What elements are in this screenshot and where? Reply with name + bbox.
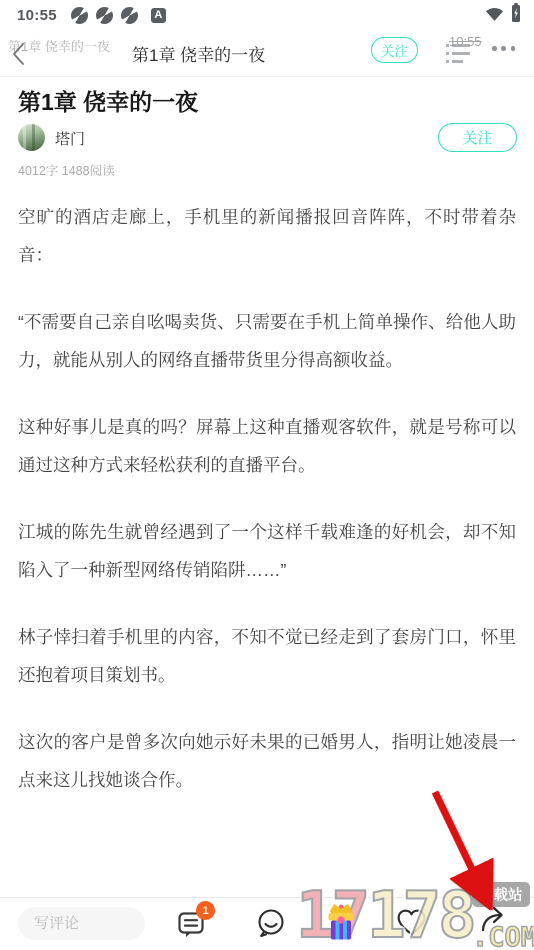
emoji-reaction-button[interactable] xyxy=(255,907,287,944)
follow-button-author[interactable]: 关注 xyxy=(438,123,517,152)
nav-bar: 第1章 侥幸的一夜 第1章 侥幸的一夜 关注 10:55 xyxy=(0,30,534,77)
pinwheel-notification-icon xyxy=(121,7,138,24)
chapter-title: 第1章 侥幸的一夜 xyxy=(18,84,198,117)
like-heart-button[interactable] xyxy=(394,905,429,944)
chapter-body: 空旷的酒店走廊上，手机里的新闻播报回音阵阵，不时带着杂音： “不需要自己亲自吆喝… xyxy=(18,198,516,828)
author-name[interactable]: 塔门 xyxy=(55,128,85,149)
comment-input[interactable] xyxy=(18,907,145,940)
paragraph: 林子悻扫着手机里的内容，不知不觉已经走到了套房门口，怀里还抱着项目策划书。 xyxy=(18,618,516,694)
follow-button-nav[interactable]: 关注 xyxy=(371,37,418,63)
battery-charging-icon xyxy=(510,2,522,28)
pinwheel-notification-icon xyxy=(71,7,88,24)
comments-button[interactable]: 1 xyxy=(176,909,206,944)
author-row: 塔门 关注 xyxy=(18,122,517,154)
nav-chapter-title: 第1章 侥幸的一夜 xyxy=(132,41,265,66)
reader-screen: 10:55 A 第1章 侥幸的一夜 第1章 侥幸的一夜 xyxy=(0,0,534,950)
more-menu-icon[interactable] xyxy=(490,42,517,51)
author-avatar[interactable] xyxy=(18,124,45,151)
clock: 10:55 xyxy=(17,7,57,24)
pinwheel-notification-icon xyxy=(96,7,113,24)
letter-a-notification-icon: A xyxy=(151,8,166,23)
paragraph: 这种好事儿是真的吗？屏幕上这种直播观客软件，就是号称可以通过这种方式来轻松获利的… xyxy=(18,408,516,484)
paragraph: 空旷的酒店走廊上，手机里的新闻播报回音阵阵，不时带着杂音： xyxy=(18,198,516,274)
gift-reward-button[interactable] xyxy=(322,902,360,949)
word-read-count: 4012字 1488阅读 xyxy=(18,161,115,179)
paragraph: 江城的陈先生就曾经遇到了一个这样千载难逢的好机会，却不知陷入了一种新型网络传销陷… xyxy=(18,513,516,589)
annotation-arrow xyxy=(418,784,504,910)
time-watermark-text: 10:55 xyxy=(449,34,482,49)
notification-icons: A xyxy=(71,7,166,24)
paragraph: “不需要自己亲自吆喝卖货、只需要在手机上简单操作、给他人助力，就能从别人的网络直… xyxy=(18,303,516,379)
wifi-icon xyxy=(484,4,505,27)
status-bar: 10:55 A xyxy=(0,0,534,30)
comment-count-badge: 1 xyxy=(196,901,215,920)
back-button[interactable] xyxy=(10,41,28,67)
